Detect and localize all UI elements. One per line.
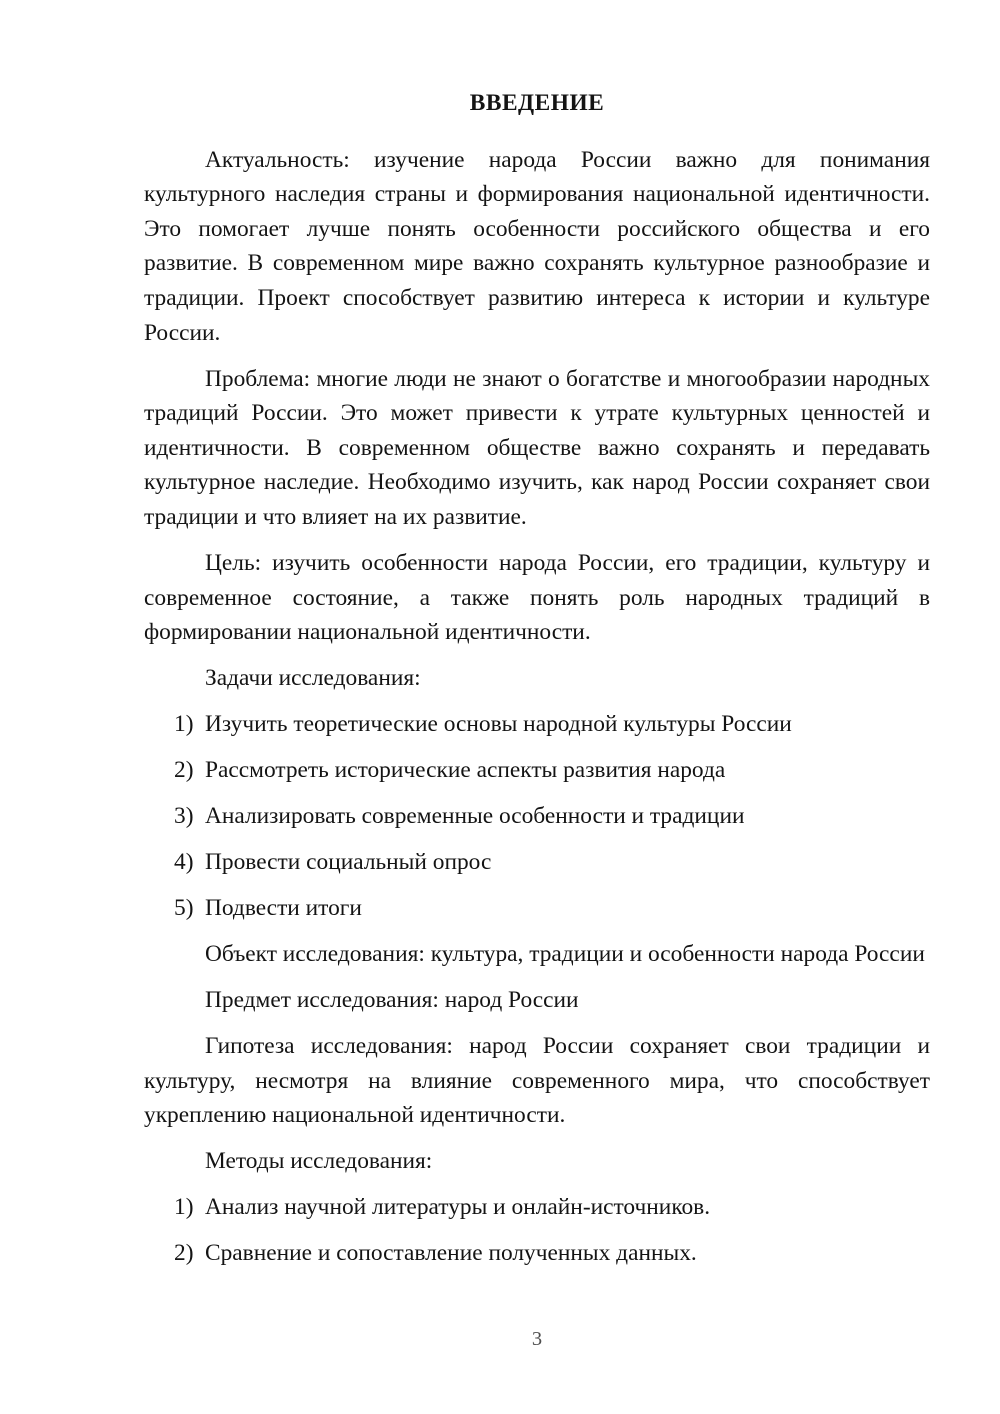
section-label-methods: Методы исследования: [144,1144,930,1179]
method-item-1: 1)Анализ научной литературы и онлайн-ист… [174,1190,930,1225]
task-item-text: Провести социальный опрос [205,849,491,875]
paragraph-problem: Проблема: многие люди не знают о богатст… [144,362,930,535]
list-number: 2) [174,1236,205,1271]
method-item-2: 2)Сравнение и сопоставление полученных д… [174,1236,930,1271]
list-number: 1) [174,707,205,742]
paragraph-goal: Цель: изучить особенности народа России,… [144,546,930,650]
task-item-5: 5)Подвести итоги [174,891,930,926]
list-number: 3) [174,799,205,834]
task-item-3: 3)Анализировать современные особенности … [174,799,930,834]
paragraph-hypothesis: Гипотеза исследования: народ России сохр… [144,1029,930,1133]
list-number: 4) [174,845,205,880]
method-item-text: Анализ научной литературы и онлайн-источ… [205,1194,710,1220]
section-label-tasks: Задачи исследования: [144,661,930,696]
task-item-text: Рассмотреть исторические аспекты развити… [205,757,725,783]
document-page: ВВЕДЕНИЕ Актуальность: изучение народа Р… [0,0,1000,1414]
paragraph-subject: Предмет исследования: народ России [144,983,930,1018]
task-item-2: 2)Рассмотреть исторические аспекты разви… [174,753,930,788]
task-item-text: Изучить теоретические основы народной ку… [205,711,792,737]
list-number: 1) [174,1190,205,1225]
task-item-4: 4)Провести социальный опрос [174,845,930,880]
paragraph-object: Объект исследования: культура, традиции … [144,937,930,972]
task-item-text: Анализировать современные особенности и … [205,803,744,829]
list-number: 2) [174,753,205,788]
page-number: 3 [144,1322,930,1357]
task-item-1: 1)Изучить теоретические основы народной … [174,707,930,742]
page-title: ВВЕДЕНИЕ [144,86,930,121]
method-item-text: Сравнение и сопоставление полученных дан… [205,1240,697,1266]
paragraph-relevance: Актуальность: изучение народа России важ… [144,143,930,351]
list-number: 5) [174,891,205,926]
task-item-text: Подвести итоги [205,895,362,921]
